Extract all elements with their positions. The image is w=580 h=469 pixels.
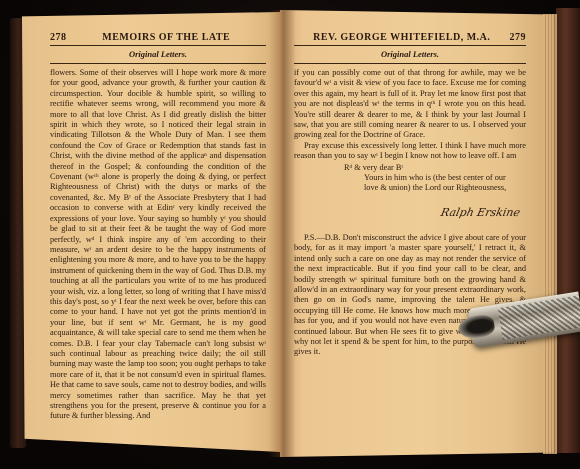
salutation: Rᵈ & very dear Bʳ xyxy=(294,163,526,173)
page-number: 279 xyxy=(510,32,527,43)
running-head-left: 278 MEMOIRS OF THE LATE xyxy=(50,32,266,43)
page-edges xyxy=(543,14,557,454)
right-page: REV. GEORGE WHITEFIELD, M.A. 279 Origina… xyxy=(280,10,562,457)
paragraph: Pray excuse this excessively long letter… xyxy=(294,141,526,162)
signature: Ralph Erskine xyxy=(293,206,528,219)
closing-line: love & union) the Lord our Righteousness… xyxy=(294,183,526,193)
letter-body-left: flowers. Some of their observes will I h… xyxy=(50,68,266,422)
running-head-right: REV. GEORGE WHITEFIELD, M.A. 279 xyxy=(294,32,526,43)
header-rule xyxy=(294,63,526,64)
section-heading: Original Letters. xyxy=(50,48,266,61)
leather-cover-right-edge xyxy=(556,8,580,453)
header-rule xyxy=(50,45,266,46)
paragraph: if you can possibly come out of that thr… xyxy=(294,68,526,141)
paragraph: flowers. Some of their observes will I h… xyxy=(50,68,266,422)
header-rule xyxy=(294,45,526,46)
running-title: REV. GEORGE WHITEFIELD, M.A. xyxy=(294,32,510,43)
letter-body-right: if you can possibly come out of that thr… xyxy=(294,68,526,162)
running-title: MEMOIRS OF THE LATE xyxy=(67,32,267,43)
left-page: 278 MEMOIRS OF THE LATE Original Letters… xyxy=(22,12,280,452)
section-heading: Original Letters. xyxy=(294,48,526,61)
page-number: 278 xyxy=(50,32,67,43)
header-rule xyxy=(50,63,266,64)
closing-line: Yours in him who is (the best center of … xyxy=(294,173,526,183)
